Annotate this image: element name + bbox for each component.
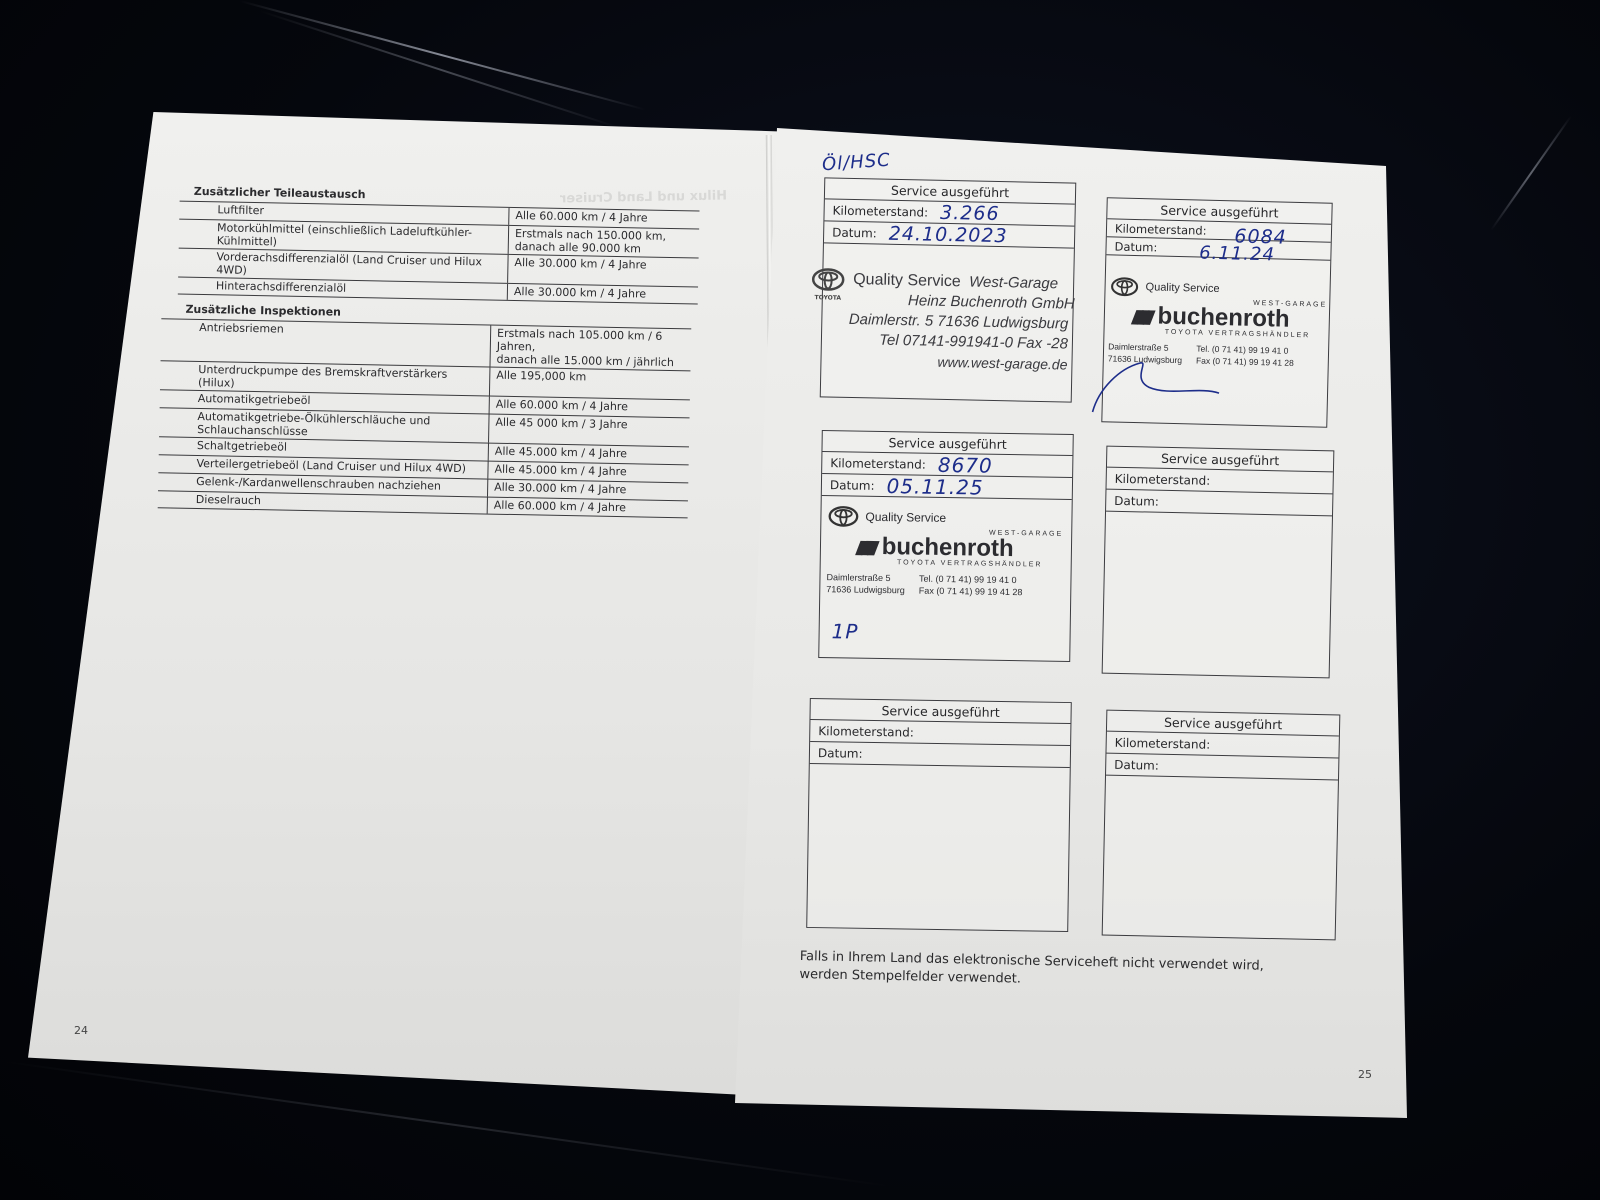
- reflection: [1490, 115, 1572, 231]
- mileage-value: 3.266: [940, 201, 1000, 224]
- date-value: 24.10.2023: [889, 222, 1008, 246]
- date-row: Datum:: [1106, 490, 1332, 517]
- date-value: 6.11.24: [1199, 243, 1275, 266]
- toyota-emblem-icon: [811, 267, 845, 292]
- service-box-1: Service ausgeführt Kilometerstand:3.266 …: [820, 177, 1077, 402]
- service-box-3: Service ausgeführt Kilometerstand:8670 D…: [818, 430, 1074, 662]
- service-box-2: Service ausgeführt Kilometerstand:6084 D…: [1101, 197, 1332, 427]
- dealer-stamp: Quality Service WEST-GARAGE ▮▮▮buchenrot…: [826, 505, 1063, 599]
- date-row: Datum:: [1106, 754, 1338, 781]
- page-number-right: 25: [1358, 1068, 1372, 1081]
- date-label: Datum:: [832, 225, 877, 240]
- initials: 1P: [831, 619, 858, 643]
- mileage-label: Kilometerstand:: [833, 203, 929, 219]
- signature: [1088, 348, 1240, 422]
- item-name: Antriebsriemen: [161, 319, 492, 366]
- interval-value: Alle 45 000 km / 3 Jahre: [489, 415, 690, 447]
- reflection: [239, 0, 645, 111]
- interval-value: Erstmals nach 105.000 km / 6 Jahren, dan…: [490, 326, 691, 371]
- interval-value: Alle 30.000 km / 4 Jahre: [508, 255, 699, 287]
- service-box-5: Service ausgeführt Kilometerstand: Datum…: [806, 698, 1072, 932]
- toyota-emblem-icon: [827, 505, 859, 527]
- service-box-6: Service ausgeführt Kilometerstand: Datum…: [1102, 710, 1341, 941]
- date-row: Datum:05.11.25: [822, 474, 1072, 500]
- interval-value: Erstmals nach 150.000 km, danach alle 90…: [509, 226, 700, 258]
- section-inspections: Zusätzliche Inspektionen AntriebsriemenE…: [144, 298, 708, 519]
- page-number-left: 24: [74, 1024, 88, 1037]
- date-value: 05.11.25: [886, 474, 983, 500]
- interval-value: Alle 195,000 km: [490, 368, 691, 400]
- buchenroth-logo-icon: ▮▮▮: [852, 535, 879, 559]
- toyota-emblem-icon: [1109, 276, 1139, 297]
- mileage-value: 8670: [938, 452, 993, 477]
- buchenroth-logo-icon: ▮▮▮: [1128, 304, 1155, 328]
- section-parts-replacement: Zusätzlicher Teileaustausch LuftfilterAl…: [148, 180, 710, 305]
- reflection: [259, 10, 621, 129]
- interval-value: Alle 30.000 km / 4 Jahre: [508, 284, 698, 304]
- maintenance-table: Zusätzlicher Teileaustausch LuftfilterAl…: [144, 180, 710, 519]
- toyota-logo: TOYOTA: [811, 267, 846, 302]
- date-row: Datum:: [810, 742, 1070, 768]
- service-box-4: Service ausgeführt Kilometerstand: Datum…: [1102, 446, 1335, 679]
- interval-value: Alle 60.000 km / 4 Jahre: [488, 498, 688, 518]
